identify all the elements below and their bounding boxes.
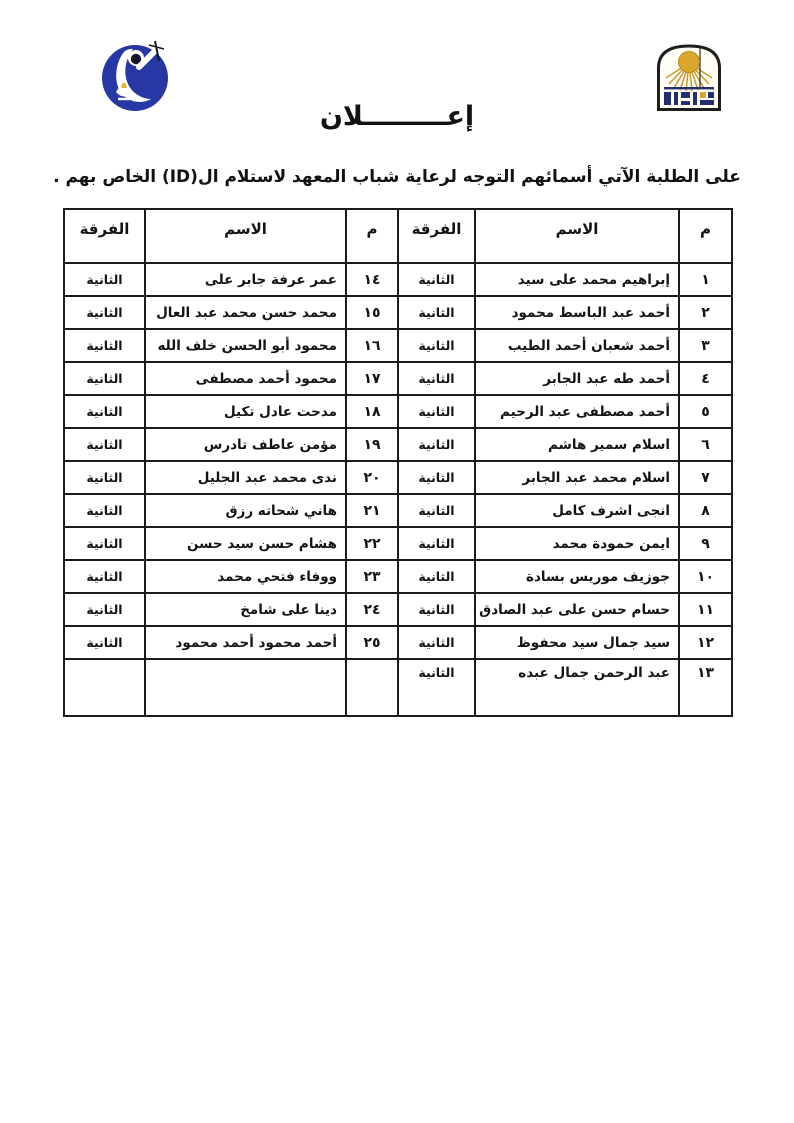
grade-cell xyxy=(64,659,145,716)
name-header: الاسم xyxy=(145,209,346,263)
name-cell: أحمد مصطفى عبد الرحيم xyxy=(475,395,679,428)
num-cell: ٢٠ xyxy=(346,461,398,494)
name-cell: جوزيف موريس بسادة xyxy=(475,560,679,593)
num-cell: ٣ xyxy=(679,329,732,362)
name-cell: أحمد شعبان أحمد الطيب xyxy=(475,329,679,362)
table-row: ١٣ عبد الرحمن جمال عبده الثانية xyxy=(64,659,732,716)
grade-cell: الثانية xyxy=(398,560,475,593)
name-cell: هشام حسن سيد حسن xyxy=(145,527,346,560)
num-header: م xyxy=(346,209,398,263)
grade-cell: الثانية xyxy=(398,494,475,527)
students-table: م الاسم الفرقة م الاسم الفرقة ١ إبراهيم … xyxy=(63,208,733,717)
grade-cell: الثانية xyxy=(64,593,145,626)
name-cell: هاني شحاته رزق xyxy=(145,494,346,527)
announcement-text: على الطلبة الآتي أسمائهم التوجه لرعاية ش… xyxy=(0,167,794,187)
grade-cell: الثانية xyxy=(398,428,475,461)
table-row: ١١ حسام حسن على عبد الصادق الثانية ٢٤ دي… xyxy=(64,593,732,626)
name-cell: عمر عرفة جابر على xyxy=(145,263,346,296)
grade-cell: الثانية xyxy=(398,593,475,626)
name-cell: اسلام سمير هاشم xyxy=(475,428,679,461)
name-cell: دينا على شامخ xyxy=(145,593,346,626)
table-row: ٣ أحمد شعبان أحمد الطيب الثانية ١٦ محمود… xyxy=(64,329,732,362)
num-cell: ١٤ xyxy=(346,263,398,296)
name-cell: انجى اشرف كامل xyxy=(475,494,679,527)
grade-cell: الثانية xyxy=(64,461,145,494)
num-cell: ١٦ xyxy=(346,329,398,362)
num-cell: ١٧ xyxy=(346,362,398,395)
num-cell: ١ xyxy=(679,263,732,296)
grade-cell: الثانية xyxy=(64,560,145,593)
grade-cell: الثانية xyxy=(398,362,475,395)
grade-cell: الثانية xyxy=(398,263,475,296)
name-cell: مدحت عادل تكيل xyxy=(145,395,346,428)
grade-cell: الثانية xyxy=(64,362,145,395)
grade-cell: الثانية xyxy=(398,395,475,428)
grade-cell: الثانية xyxy=(64,428,145,461)
name-cell: أحمد عبد الباسط محمود xyxy=(475,296,679,329)
table-row: ٦ اسلام سمير هاشم الثانية ١٩ مؤمن عاطف ت… xyxy=(64,428,732,461)
document-page: إعـــــــــلان على الطلبة الآتي أسمائهم … xyxy=(0,0,794,1123)
num-cell: ٢٤ xyxy=(346,593,398,626)
grade-header: الفرقة xyxy=(398,209,475,263)
name-cell: حسام حسن على عبد الصادق xyxy=(475,593,679,626)
table-row: ١٢ سيد جمال سيد محفوظ الثانية ٢٥ أحمد مح… xyxy=(64,626,732,659)
num-cell: ١٩ xyxy=(346,428,398,461)
name-cell: مؤمن عاطف تادرس xyxy=(145,428,346,461)
num-cell: ٤ xyxy=(679,362,732,395)
grade-cell: الثانية xyxy=(398,626,475,659)
table-header-row: م الاسم الفرقة م الاسم الفرقة xyxy=(64,209,732,263)
grade-cell: الثانية xyxy=(64,626,145,659)
num-cell: ٦ xyxy=(679,428,732,461)
name-cell: اسلام محمد عبد الجابر xyxy=(475,461,679,494)
grade-cell: الثانية xyxy=(398,527,475,560)
grade-cell: الثانية xyxy=(398,461,475,494)
table-row: ١٠ جوزيف موريس بسادة الثانية ٢٣ ووفاء فت… xyxy=(64,560,732,593)
grade-cell: الثانية xyxy=(398,296,475,329)
name-cell: أحمد طه عبد الجابر xyxy=(475,362,679,395)
num-cell: ١٥ xyxy=(346,296,398,329)
num-cell: ١٠ xyxy=(679,560,732,593)
name-cell: محمود أبو الحسن خلف الله xyxy=(145,329,346,362)
name-cell: أحمد محمود أحمد محمود xyxy=(145,626,346,659)
num-cell xyxy=(346,659,398,716)
grade-header: الفرقة xyxy=(64,209,145,263)
grade-cell: الثانية xyxy=(64,395,145,428)
name-header: الاسم xyxy=(475,209,679,263)
name-cell: ايمن حمودة محمد xyxy=(475,527,679,560)
name-cell: محمود أحمد مصطفى xyxy=(145,362,346,395)
num-cell: ١٨ xyxy=(346,395,398,428)
grade-cell: الثانية xyxy=(64,527,145,560)
table-row: ٩ ايمن حمودة محمد الثانية ٢٢ هشام حسن سي… xyxy=(64,527,732,560)
num-cell: ٥ xyxy=(679,395,732,428)
num-cell: ٢ xyxy=(679,296,732,329)
num-cell: ٨ xyxy=(679,494,732,527)
name-cell: عبد الرحمن جمال عبده xyxy=(475,659,679,716)
table-row: ١ إبراهيم محمد على سيد الثانية ١٤ عمر عر… xyxy=(64,263,732,296)
name-cell: سيد جمال سيد محفوظ xyxy=(475,626,679,659)
grade-cell: الثانية xyxy=(64,296,145,329)
name-cell: ندى محمد عبد الجليل xyxy=(145,461,346,494)
grade-cell: الثانية xyxy=(64,263,145,296)
num-cell: ١٢ xyxy=(679,626,732,659)
num-cell: ٢٣ xyxy=(346,560,398,593)
table-row: ٢ أحمد عبد الباسط محمود الثانية ١٥ محمد … xyxy=(64,296,732,329)
grade-cell: الثانية xyxy=(398,659,475,716)
num-cell: ١٣ xyxy=(679,659,732,716)
num-cell: ٢١ xyxy=(346,494,398,527)
table-row: ٤ أحمد طه عبد الجابر الثانية ١٧ محمود أح… xyxy=(64,362,732,395)
name-cell: ووفاء فتحي محمد xyxy=(145,560,346,593)
name-cell: إبراهيم محمد على سيد xyxy=(475,263,679,296)
num-cell: ٢٢ xyxy=(346,527,398,560)
grade-cell: الثانية xyxy=(64,494,145,527)
num-cell: ١١ xyxy=(679,593,732,626)
grade-cell: الثانية xyxy=(64,329,145,362)
table-row: ٥ أحمد مصطفى عبد الرحيم الثانية ١٨ مدحت … xyxy=(64,395,732,428)
table-row: ٧ اسلام محمد عبد الجابر الثانية ٢٠ ندى م… xyxy=(64,461,732,494)
num-header: م xyxy=(679,209,732,263)
num-cell: ٢٥ xyxy=(346,626,398,659)
num-cell: ٩ xyxy=(679,527,732,560)
table-row: ٨ انجى اشرف كامل الثانية ٢١ هاني شحاته ر… xyxy=(64,494,732,527)
grade-cell: الثانية xyxy=(398,329,475,362)
page-title: إعـــــــــلان xyxy=(0,101,794,132)
name-cell: محمد حسن محمد عبد العال xyxy=(145,296,346,329)
num-cell: ٧ xyxy=(679,461,732,494)
name-cell xyxy=(145,659,346,716)
